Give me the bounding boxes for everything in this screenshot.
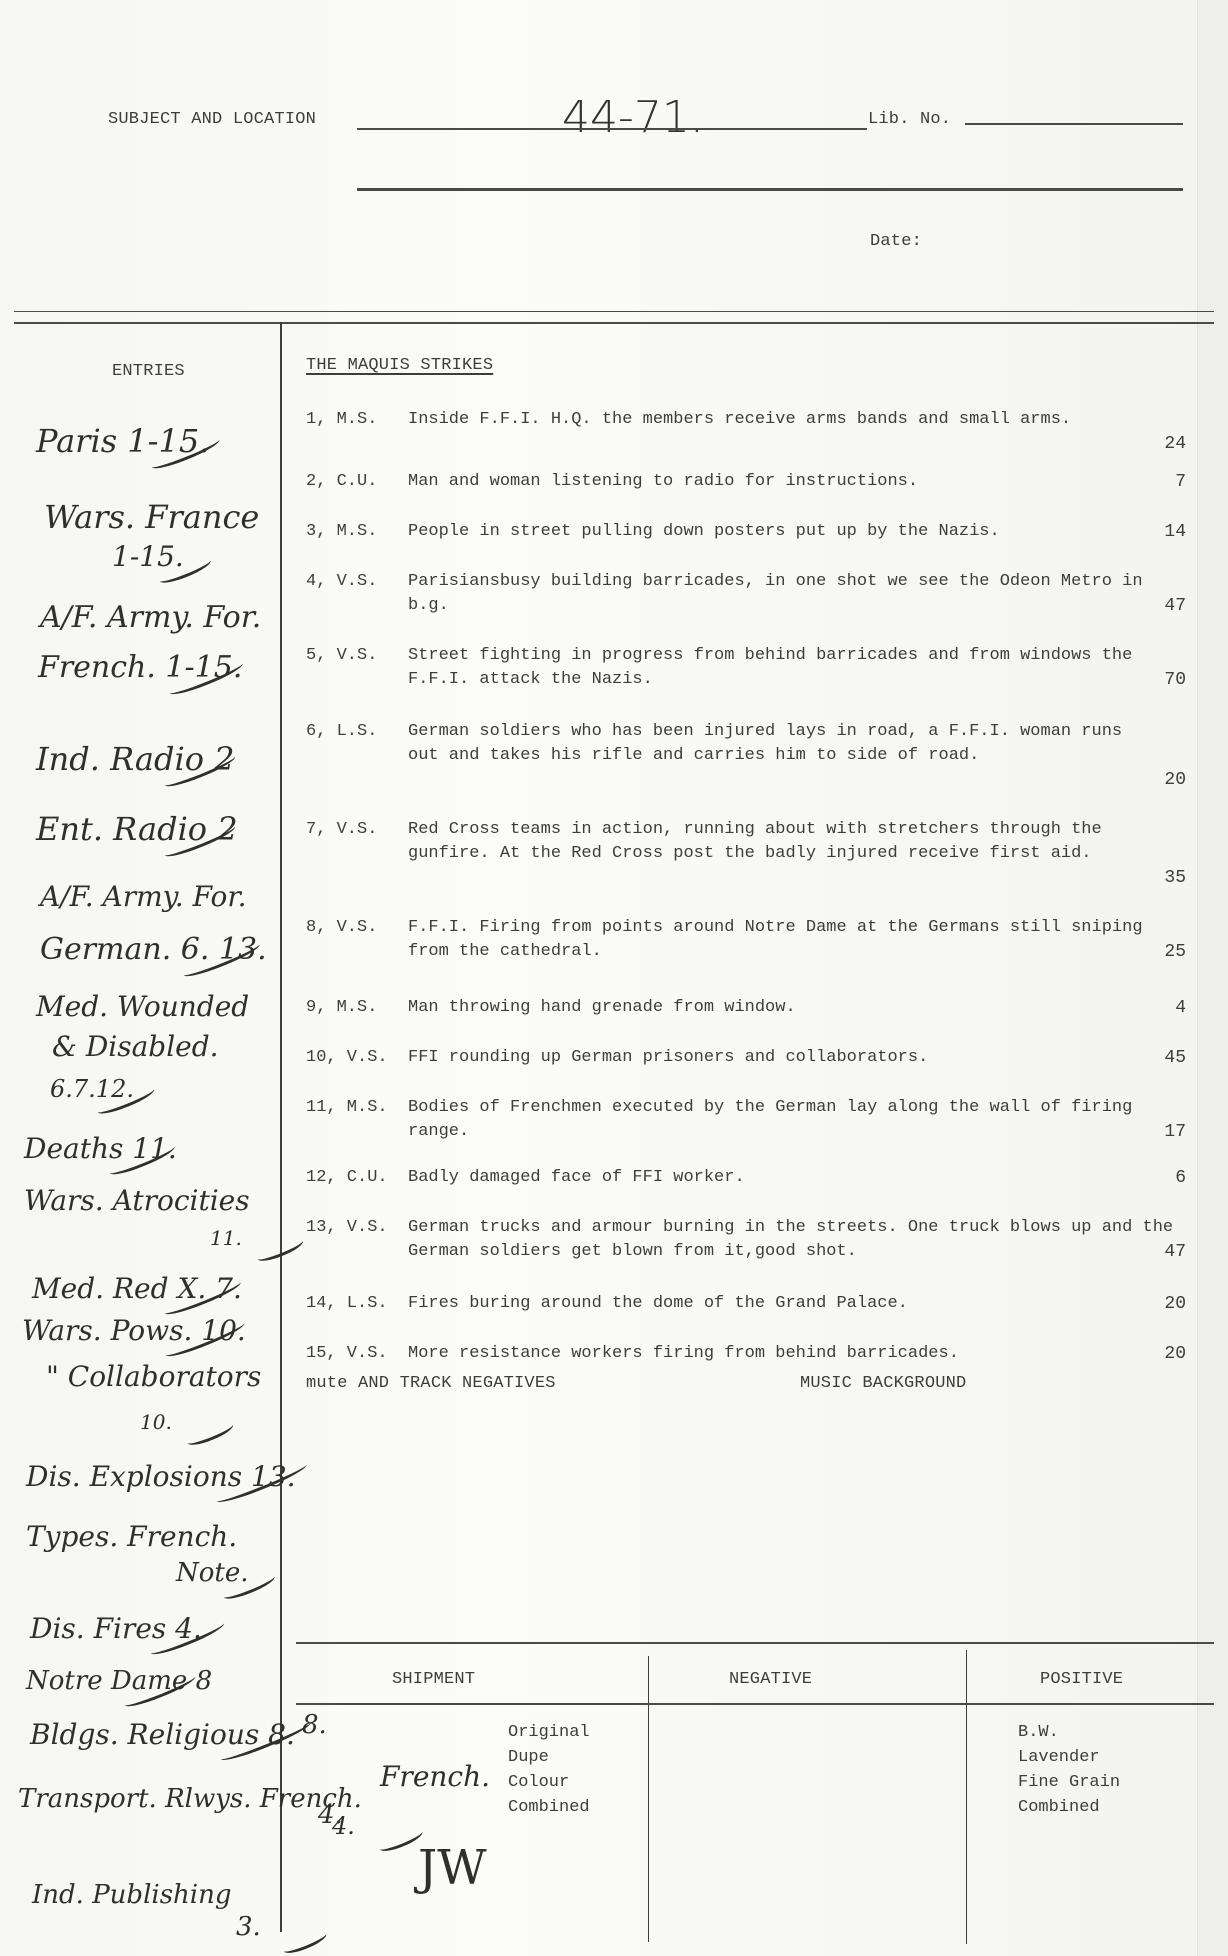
lib-no-line bbox=[965, 123, 1183, 125]
subject-location-label: SUBJECT AND LOCATION bbox=[108, 110, 316, 129]
subject-line bbox=[357, 128, 867, 130]
positive-option: Lavender bbox=[1018, 1745, 1120, 1770]
shot-number-type: 5, V.S. bbox=[306, 644, 377, 668]
shot-number-type: 6, L.S. bbox=[306, 720, 377, 744]
shot-length: 24 bbox=[1164, 432, 1186, 456]
entry-handwritten: A/F. Army. For. bbox=[40, 880, 247, 913]
shot-number-type: 9, M.S. bbox=[306, 996, 377, 1020]
shot-description: Red Cross teams in action, running about… bbox=[408, 818, 1158, 866]
shot-length: 45 bbox=[1164, 1046, 1186, 1070]
positive-options: B.W.LavenderFine GrainCombined bbox=[1018, 1720, 1120, 1820]
shot-length: 6 bbox=[1175, 1166, 1186, 1190]
shot-description: Street fighting in progress from behind … bbox=[408, 644, 1158, 692]
entry-handwritten: Types. French. bbox=[26, 1520, 237, 1553]
shot-description: Bodies of Frenchmen executed by the Germ… bbox=[408, 1096, 1158, 1144]
table-divider-2 bbox=[966, 1650, 967, 1944]
entry-handwritten: & Disabled. bbox=[52, 1030, 219, 1063]
lib-no-label: Lib. No. bbox=[868, 110, 951, 129]
negative-options: OriginalDupeColourCombined bbox=[508, 1720, 590, 1820]
negative-option: Combined bbox=[508, 1795, 590, 1820]
date-label: Date: bbox=[870, 232, 922, 251]
shot-description: German soldiers who has been injured lay… bbox=[408, 720, 1158, 768]
entries-heading: ENTRIES bbox=[112, 362, 185, 381]
shot-number-type: 15, V.S. bbox=[306, 1342, 388, 1366]
shot-number-type: 7, V.S. bbox=[306, 818, 377, 842]
shot-number-type: 1, M.S. bbox=[306, 408, 377, 432]
entry-handwritten: 11. bbox=[210, 1226, 242, 1250]
shot-number-type: 12, C.U. bbox=[306, 1166, 388, 1190]
shot-number-type: 2, C.U. bbox=[306, 470, 377, 494]
shot-length: 20 bbox=[1164, 1342, 1186, 1366]
shot-length: 47 bbox=[1164, 594, 1186, 618]
table-header-rule bbox=[296, 1703, 1214, 1705]
positive-option: B.W. bbox=[1018, 1720, 1120, 1745]
header-divider-top bbox=[14, 311, 1214, 312]
positive-option: Fine Grain bbox=[1018, 1770, 1120, 1795]
col-positive-header: POSITIVE bbox=[1040, 1670, 1123, 1689]
shot-description: Inside F.F.I. H.Q. the members receive a… bbox=[408, 408, 1158, 432]
entry-handwritten: 10. bbox=[140, 1410, 172, 1434]
shot-description: Parisiansbusy building barricades, in on… bbox=[408, 570, 1158, 618]
footer-music-note: MUSIC BACKGROUND bbox=[800, 1374, 966, 1393]
shot-length: 7 bbox=[1175, 470, 1186, 494]
shipment-handwritten-4: 4. bbox=[318, 1800, 343, 1830]
entry-handwritten: Ind. Publishing bbox=[32, 1880, 232, 1910]
entry-handwritten: Med. Wounded bbox=[36, 990, 249, 1023]
table-divider-1 bbox=[648, 1656, 649, 1942]
entry-handwritten: Wars. France bbox=[44, 498, 259, 536]
shot-length: 17 bbox=[1164, 1120, 1186, 1144]
shot-number-type: 11, M.S. bbox=[306, 1096, 388, 1120]
shot-description: Fires buring around the dome of the Gran… bbox=[408, 1292, 1158, 1316]
shot-length: 47 bbox=[1164, 1240, 1186, 1264]
subject-handwritten-value: 44-71. bbox=[562, 92, 704, 143]
shot-number-type: 8, V.S. bbox=[306, 916, 377, 940]
entry-handwritten: 3. bbox=[236, 1912, 261, 1942]
shot-description: Badly damaged face of FFI worker. bbox=[408, 1166, 1158, 1190]
shot-length: 20 bbox=[1164, 768, 1186, 792]
subject-line-2 bbox=[357, 188, 1183, 191]
negative-option: Colour bbox=[508, 1770, 590, 1795]
col-shipment-header: SHIPMENT bbox=[392, 1670, 475, 1689]
shipment-handwritten-8: 8. bbox=[302, 1710, 327, 1740]
document-sheet bbox=[0, 0, 1228, 1956]
negative-option: Original bbox=[508, 1720, 590, 1745]
shotlist-title: THE MAQUIS STRIKES bbox=[306, 356, 493, 375]
shot-description: People in street pulling down posters pu… bbox=[408, 520, 1158, 544]
shot-number-type: 14, L.S. bbox=[306, 1292, 388, 1316]
initials-signature: JW bbox=[418, 1840, 487, 1896]
table-top-rule bbox=[296, 1642, 1214, 1644]
shot-number-type: 13, V.S. bbox=[306, 1216, 388, 1240]
positive-option: Combined bbox=[1018, 1795, 1120, 1820]
shot-length: 4 bbox=[1175, 996, 1186, 1020]
negative-option: Dupe bbox=[508, 1745, 590, 1770]
shipment-handwritten-french: French. bbox=[380, 1760, 490, 1793]
entry-handwritten: Wars. Atrocities bbox=[24, 1184, 250, 1217]
shot-description: FFI rounding up German prisoners and col… bbox=[408, 1046, 1158, 1070]
shot-number-type: 10, V.S. bbox=[306, 1046, 388, 1070]
shot-length: 70 bbox=[1164, 668, 1186, 692]
page-edge bbox=[1197, 0, 1228, 1956]
entry-handwritten: " Collaborators bbox=[46, 1360, 261, 1393]
shot-number-type: 3, M.S. bbox=[306, 520, 377, 544]
shot-length: 14 bbox=[1164, 520, 1186, 544]
shot-description: German trucks and armour burning in the … bbox=[408, 1216, 1188, 1264]
shot-description: Man and woman listening to radio for ins… bbox=[408, 470, 1158, 494]
header-divider-bottom bbox=[14, 322, 1214, 324]
shot-description: Man throwing hand grenade from window. bbox=[408, 996, 1158, 1020]
shot-description: More resistance workers firing from behi… bbox=[408, 1342, 1158, 1366]
shot-number-type: 4, V.S. bbox=[306, 570, 377, 594]
shot-length: 35 bbox=[1164, 866, 1186, 890]
column-divider bbox=[280, 322, 282, 1932]
col-negative-header: NEGATIVE bbox=[729, 1670, 812, 1689]
footer-negatives-note: mute AND TRACK NEGATIVES bbox=[306, 1374, 556, 1393]
entry-handwritten: Transport. Rlwys. French. bbox=[18, 1784, 362, 1814]
shot-length: 25 bbox=[1164, 940, 1186, 964]
entry-handwritten: A/F. Army. For. bbox=[40, 600, 261, 635]
shot-description: F.F.I. Firing from points around Notre D… bbox=[408, 916, 1158, 964]
shot-length: 20 bbox=[1164, 1292, 1186, 1316]
